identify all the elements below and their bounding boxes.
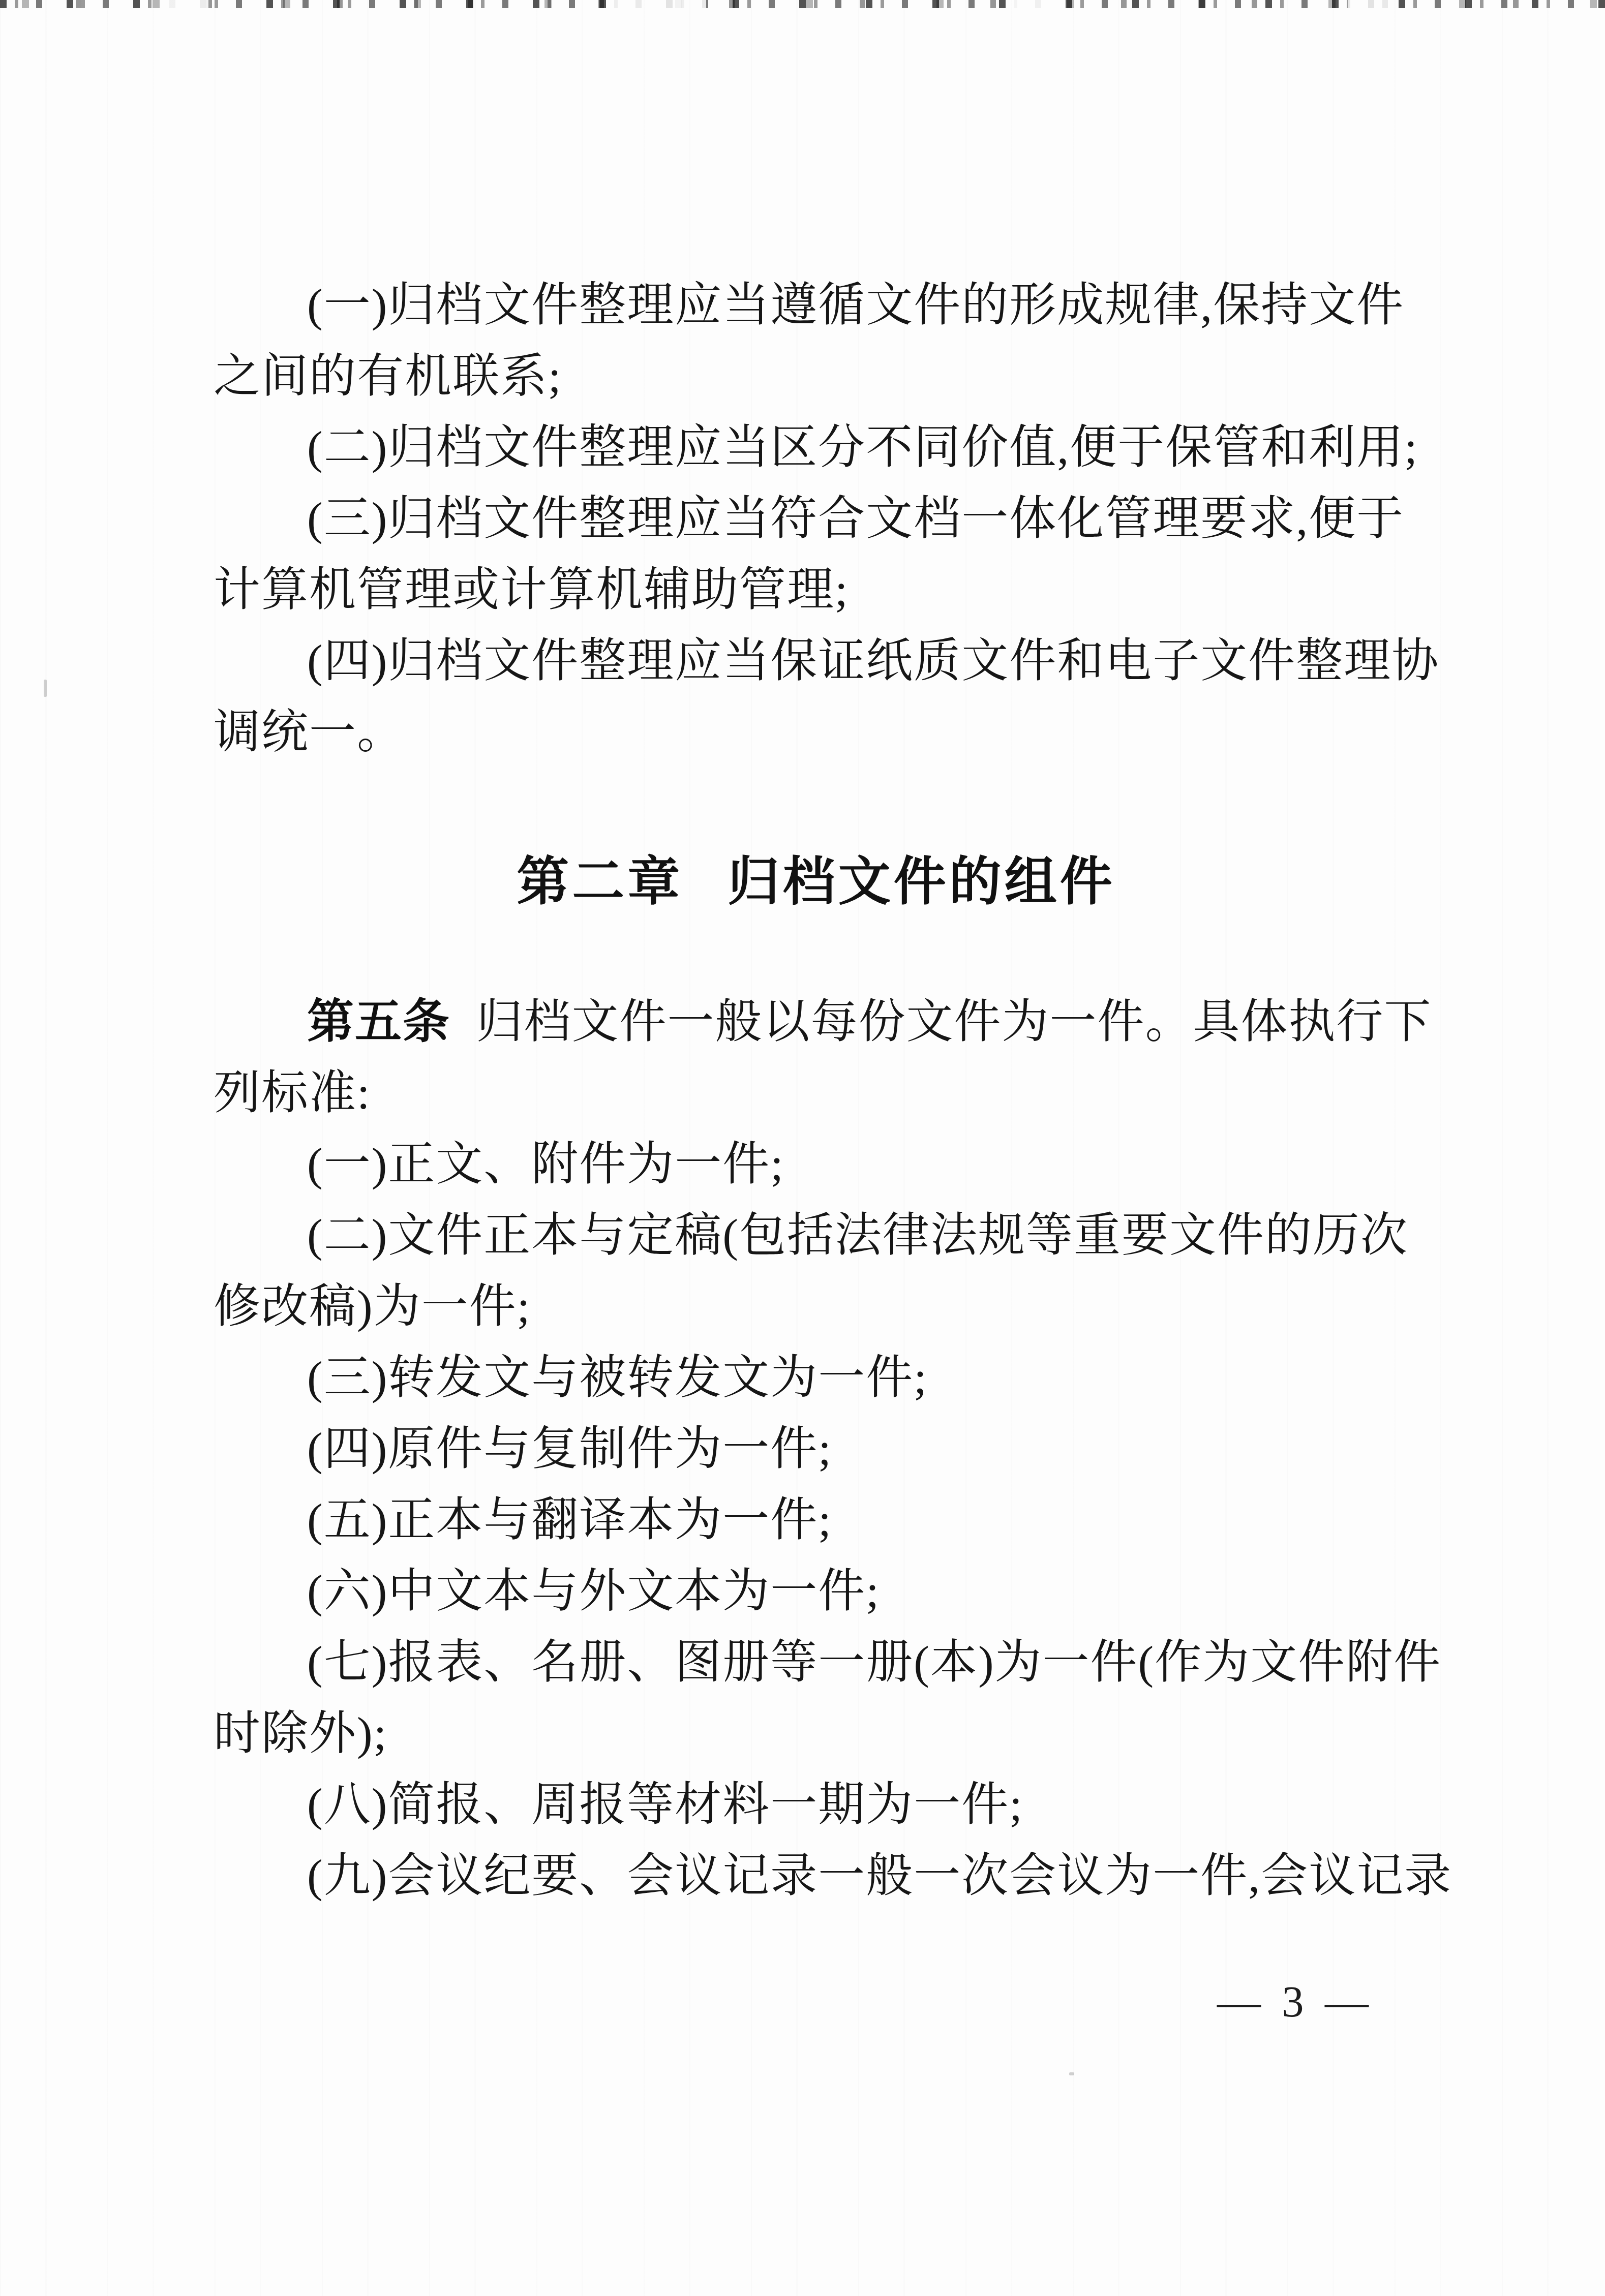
text-line: 之间的有机联系; bbox=[214, 341, 1418, 412]
scan-speck bbox=[1069, 2072, 1074, 2075]
chapter-number: 第二章 bbox=[517, 852, 683, 911]
text-line: (八)简报、周报等材料一期为一件; bbox=[214, 1769, 1418, 1840]
chapter-title: 归档文件的组件 bbox=[728, 852, 1115, 911]
text-line: 列标准: bbox=[214, 1057, 1418, 1128]
text-line: (二)归档文件整理应当区分不同价值,便于保管和利用; bbox=[214, 412, 1418, 483]
text-line: (四)原件与复制件为一件; bbox=[214, 1413, 1418, 1484]
document-page: (一)归档文件整理应当遵循文件的形成规律,保持文件 之间的有机联系; (二)归档… bbox=[0, 0, 1605, 2296]
text-line: (二)文件正本与定稿(包括法律法规等重要文件的历次 bbox=[214, 1200, 1418, 1271]
text-line: (九)会议纪要、会议记录一般一次会议为一件,会议记录 bbox=[214, 1840, 1418, 1911]
scan-noise-top-edge bbox=[0, 0, 1605, 8]
page-number: — 3 — bbox=[1217, 1980, 1374, 2024]
text-line: (三)归档文件整理应当符合文档一体化管理要求,便于 bbox=[214, 483, 1418, 554]
article-first-line: 第五条归档文件一般以每份文件为一件。具体执行下 bbox=[214, 986, 1418, 1057]
text-line: (一)归档文件整理应当遵循文件的形成规律,保持文件 bbox=[214, 269, 1418, 341]
article-text: 归档文件一般以每份文件为一件。具体执行下 bbox=[476, 996, 1432, 1048]
text-line: (七)报表、名册、图册等一册(本)为一件(作为文件附件 bbox=[214, 1627, 1418, 1698]
text-line: 修改稿)为一件; bbox=[214, 1271, 1418, 1342]
text-line: (六)中文本与外文本为一件; bbox=[214, 1555, 1418, 1627]
document-body: (一)归档文件整理应当遵循文件的形成规律,保持文件 之间的有机联系; (二)归档… bbox=[214, 269, 1418, 1911]
text-line: 时除外); bbox=[214, 1698, 1418, 1769]
scan-speck bbox=[44, 680, 47, 697]
text-line: 计算机管理或计算机辅助管理; bbox=[214, 554, 1418, 625]
text-line: (三)转发文与被转发文为一件; bbox=[214, 1342, 1418, 1413]
chapter-heading: 第二章归档文件的组件 bbox=[214, 844, 1418, 920]
article-number-label: 第五条 bbox=[307, 996, 450, 1048]
text-line: (四)归档文件整理应当保证纸质文件和电子文件整理协 bbox=[214, 625, 1418, 696]
text-line: (五)正本与翻译本为一件; bbox=[214, 1484, 1418, 1555]
text-line: 调统一。 bbox=[214, 696, 1418, 768]
text-line: (一)正文、附件为一件; bbox=[214, 1128, 1418, 1200]
